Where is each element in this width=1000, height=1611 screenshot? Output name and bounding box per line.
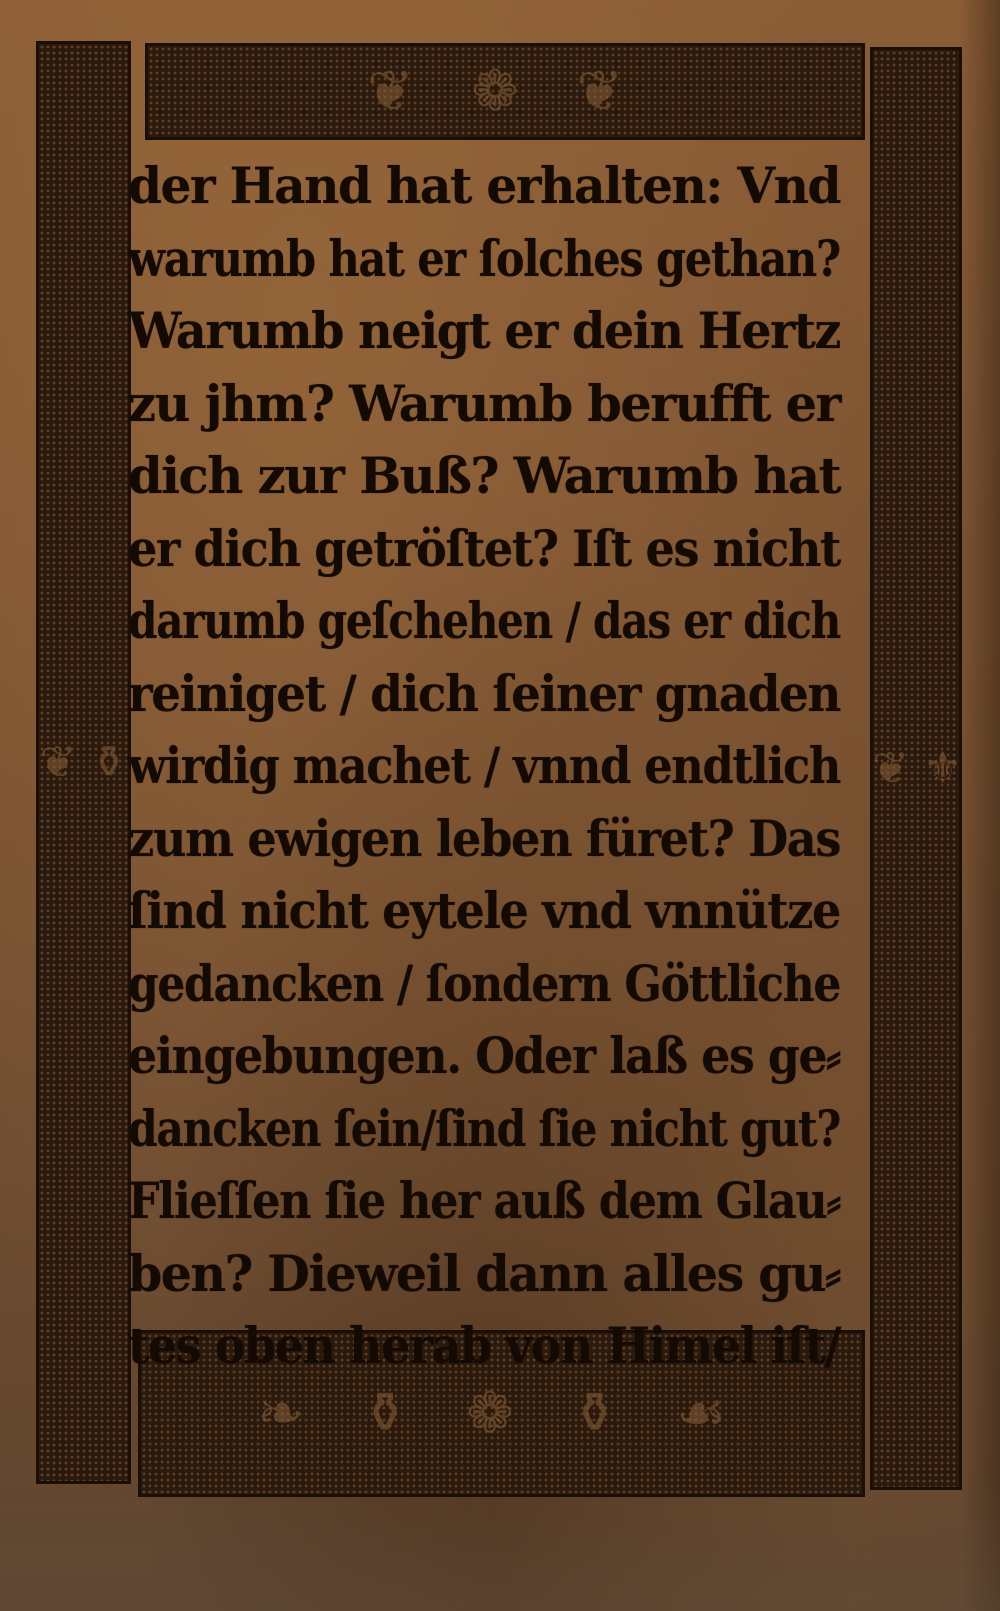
text-line: dich zur Buß? Warumb hat <box>128 440 864 513</box>
woodcut-border-top: ❦ ❁ ❦ <box>145 43 865 140</box>
woodcut-border-right: ⚜ ❦ ⚜ ❦ ⚜ ❦ ⚜ ❦ ⚜ ❦ ⚜ ❦ <box>870 47 962 1490</box>
text-line: der Hand hat erhalten: Vnd <box>128 150 849 223</box>
body-text: der Hand hat erhalten: Vnd warumb hat er… <box>128 150 870 1383</box>
text-line: ben? Dieweil dann alles gu⸗ <box>128 1238 855 1311</box>
text-line: darumb geſchehen / das er dich <box>128 585 754 658</box>
text-line: Warumb neigt er dein Hertz <box>128 295 834 368</box>
parchment-page: ❦ ❁ ❦ ⚱ ❦ ⚱ ❦ ⚱ ❦ ⚱ ❦ ⚱ ❦ ⚱ ❦ ⚜ ❦ ⚜ ❦ ⚜ … <box>0 0 1000 1611</box>
text-line: dancken ſein/ſind ſie nicht gut? <box>128 1093 758 1166</box>
text-line: Flieſſen ſie her auß dem Glau⸗ <box>128 1165 789 1238</box>
ornament-icon: ⚱ ❦ ⚱ ❦ ⚱ ❦ ⚱ ❦ ⚱ ❦ ⚱ ❦ <box>39 44 128 1481</box>
text-line: er dich getröſtet? Iſt es nicht <box>128 513 813 586</box>
page-edge-shadow <box>960 0 1000 1611</box>
ornament-icon: ⚜ ❦ ⚜ ❦ ⚜ ❦ ⚜ ❦ ⚜ ❦ ⚜ ❦ <box>873 50 959 1487</box>
text-line: warumb hat er ſolches gethan? <box>128 223 767 296</box>
page-lower-margin <box>0 1480 1000 1611</box>
text-line: eingebungen. Oder laß es ge⸗ <box>128 1020 806 1093</box>
text-line: gedancken / ſondern Göttliche <box>128 948 780 1021</box>
ornament-icon: ❦ ❁ ❦ <box>148 46 862 137</box>
woodcut-border-left: ⚱ ❦ ⚱ ❦ ⚱ ❦ ⚱ ❦ ⚱ ❦ ⚱ ❦ <box>36 41 131 1484</box>
text-line: zu jhm? Warumb berufft er <box>128 368 860 441</box>
text-line: wirdig machet / vnnd endtlich <box>128 730 791 803</box>
text-line: reiniget / dich ſeiner gnaden <box>128 658 822 731</box>
text-line: zum ewigen leben füret? Das <box>128 803 814 876</box>
text-line: ſind nicht eytele vnd vnnütze <box>128 875 813 948</box>
text-line: tes oben herab von Himel iſt/ <box>128 1310 809 1383</box>
